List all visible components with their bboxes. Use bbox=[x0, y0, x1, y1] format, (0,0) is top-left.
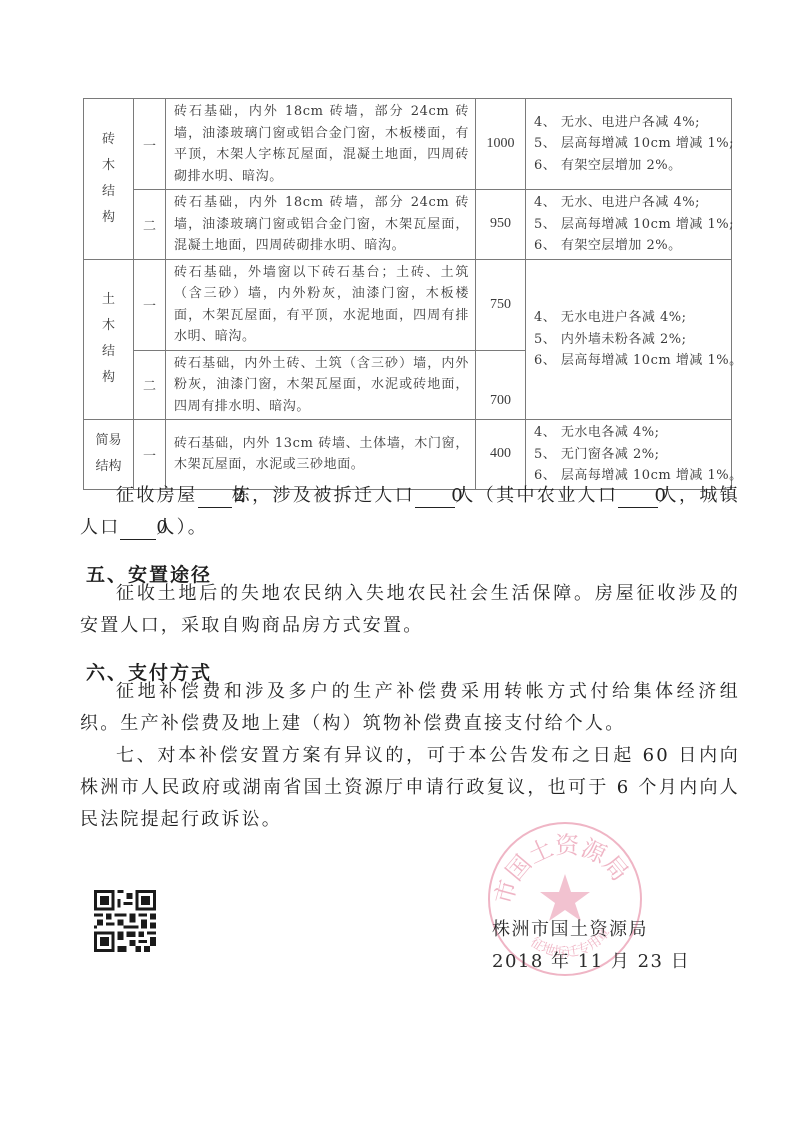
relocated-count: 0 bbox=[415, 485, 455, 508]
table-row: 砖 木 结 构 一 砖石基础，内外 18cm 砖墙，部分 24cm 砖墙，油漆玻… bbox=[84, 99, 732, 190]
houses-count: 2 bbox=[198, 485, 232, 508]
issuing-organization: 株洲市国土资源局 bbox=[492, 914, 690, 946]
description-cell: 砖石基础，内外土砖、土筑（含三砂）墙，内外粉灰，油漆门窗，木架瓦屋面，水泥或砖地… bbox=[166, 350, 476, 420]
table-row: 简易 结构 一 砖石基础，内外 13cm 砖墙、土体墙，木门窗，木架瓦屋面，水泥… bbox=[84, 420, 732, 490]
table-row: 土 木 结 构 一 砖石基础，外墙窗以下砖石基台；土砖、土筑（含三砂）墙，内外粉… bbox=[84, 259, 732, 350]
description-cell: 砖石基础，内外 18cm 砖墙，部分 24cm 砖墙，油漆玻璃门窗或铝合金门窗，… bbox=[166, 190, 476, 260]
section-7-body: 七、对本补偿安置方案有异议的，可于本公告发布之日起 60 日内向株洲市人民政府或… bbox=[80, 740, 740, 836]
adjustment-cell: 4、 无水、电进户各减 4%; 5、 层高每增减 10cm 增减 1%; 6、 … bbox=[526, 99, 732, 190]
category-cell: 土 木 结 构 bbox=[84, 259, 134, 420]
grade-cell: 一 bbox=[134, 259, 166, 350]
signature-block: 株洲市国土资源局 2018 年 11 月 23 日 bbox=[492, 914, 690, 978]
price-cell: 700 bbox=[476, 350, 526, 420]
adjustment-cell: 4、 无水、电进户各减 4%; 5、 层高每增减 10cm 增减 1%; 6、 … bbox=[526, 190, 732, 260]
grade-cell: 一 bbox=[134, 420, 166, 490]
grade-cell: 二 bbox=[134, 350, 166, 420]
table-row: 二 砖石基础，内外 18cm 砖墙，部分 24cm 砖墙，油漆玻璃门窗或铝合金门… bbox=[84, 190, 732, 260]
category-cell: 简易 结构 bbox=[84, 420, 134, 490]
qr-code-icon[interactable] bbox=[94, 889, 156, 953]
adjustment-cell: 4、 无水电各减 4%; 5、 无门窗各减 2%; 6、 层高每增减 10cm … bbox=[526, 420, 732, 490]
price-cell: 400 bbox=[476, 420, 526, 490]
section-6-body: 征地补偿费和涉及多户的生产补偿费采用转帐方式付给集体经济组织。生产补偿费及地上建… bbox=[80, 676, 740, 740]
price-cell: 750 bbox=[476, 259, 526, 350]
price-cell: 1000 bbox=[476, 99, 526, 190]
house-compensation-standards-table: 砖 木 结 构 一 砖石基础，内外 18cm 砖墙，部分 24cm 砖墙，油漆玻… bbox=[83, 98, 732, 490]
relocation-summary: 征收房屋2栋，涉及被拆迁人口0人（其中农业人口0人，城镇人口0人）。 bbox=[80, 480, 740, 544]
document-page: 砖 木 结 构 一 砖石基础，内外 18cm 砖墙，部分 24cm 砖墙，油漆玻… bbox=[0, 0, 800, 1143]
section-5-body: 征收土地后的失地农民纳入失地农民社会生活保障。房屋征收涉及的安置人口，采取自购商… bbox=[80, 578, 740, 642]
description-cell: 砖石基础，外墙窗以下砖石基台；土砖、土筑（含三砂）墙，内外粉灰，油漆门窗，木板楼… bbox=[166, 259, 476, 350]
agricultural-count: 0 bbox=[618, 485, 658, 508]
grade-cell: 一 bbox=[134, 99, 166, 190]
grade-cell: 二 bbox=[134, 190, 166, 260]
adjustment-cell: 4、 无水电进户各减 4%; 5、 内外墙未粉各减 2%; 6、 层高每增减 1… bbox=[526, 259, 732, 420]
description-cell: 砖石基础，内外 18cm 砖墙，部分 24cm 砖墙，油漆玻璃门窗或铝合金门窗，… bbox=[166, 99, 476, 190]
urban-count: 0 bbox=[120, 517, 156, 540]
category-cell: 砖 木 结 构 bbox=[84, 99, 134, 260]
price-cell: 950 bbox=[476, 190, 526, 260]
issue-date: 2018 年 11 月 23 日 bbox=[492, 946, 690, 978]
description-cell: 砖石基础，内外 13cm 砖墙、土体墙，木门窗，木架瓦屋面，水泥或三砂地面。 bbox=[166, 420, 476, 490]
